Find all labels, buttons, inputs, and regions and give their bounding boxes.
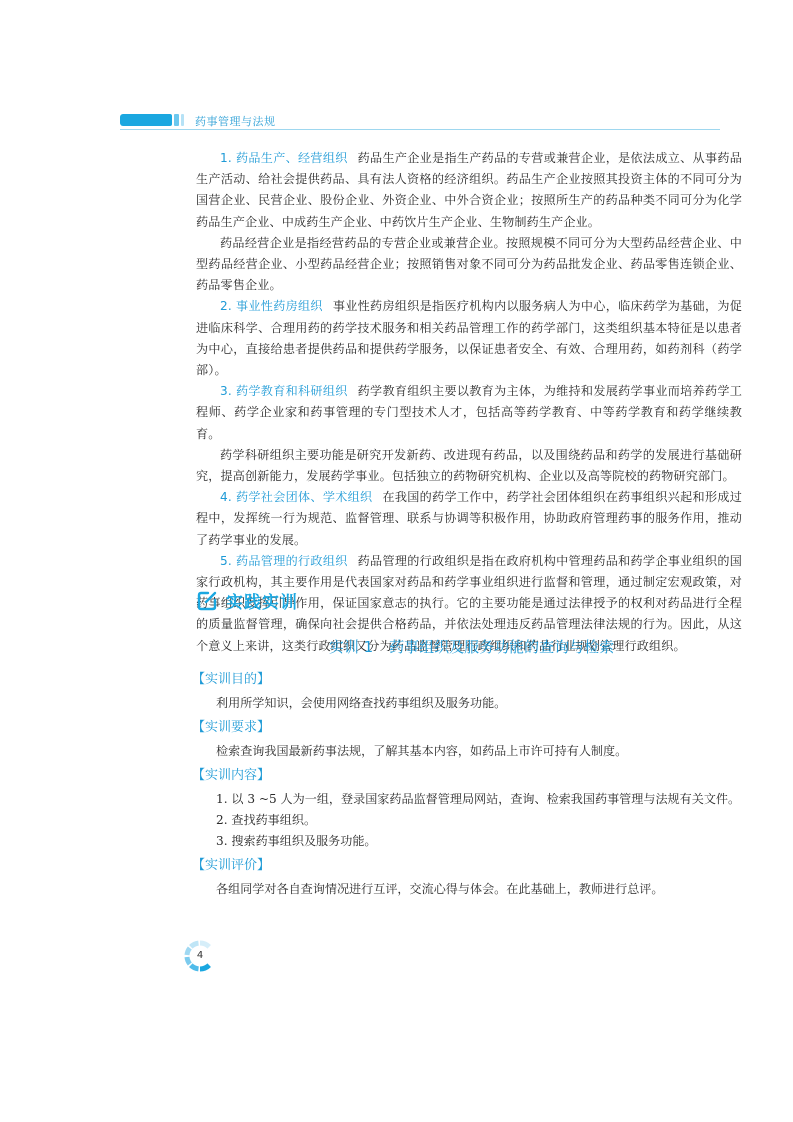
section-purpose: 【实训目的】 利用所学知识，会使用网络查找药事组织及服务功能。 [192, 670, 752, 714]
section-heading: 【实训评价】 [192, 856, 752, 876]
paragraph-operation-org: 药品经营企业是指经营药品的专营企业或兼营企业。按照规模不同可分为大型药品经营企业… [196, 233, 742, 297]
paragraph-lead: 1. 药品生产、经营组织 [220, 151, 348, 165]
header-accent-bar [120, 114, 172, 126]
list-item: 1. 以 3 ~5 人为一组，登录国家药品监督管理局网站，查询、检索我国药事管理… [216, 789, 752, 810]
lab-name: 药事组织及服务功能的查询与检索 [389, 638, 614, 656]
content-list: 1. 以 3 ~5 人为一组，登录国家药品监督管理局网站，查询、检索我国药事管理… [192, 789, 752, 853]
section-requirement: 【实训要求】 检索查询我国最新药事法规，了解其基本内容，如药品上市许可持有人制度… [192, 718, 752, 762]
section-text: 利用所学知识，会使用网络查找药事组织及服务功能。 [216, 693, 752, 714]
section-evaluation: 【实训评价】 各组同学对各自查询情况进行互评，交流心得与体会。在此基础上，教师进… [192, 856, 752, 900]
header-accent-tick [181, 114, 184, 126]
practice-heading: 实践实训 [196, 588, 298, 613]
body-text: 1. 药品生产、经营组织药品生产企业是指生产药品的专营或兼营企业，是依法成立、从… [196, 148, 742, 657]
section-heading: 【实训目的】 [192, 670, 752, 690]
list-item: 3. 搜索药事组织及服务功能。 [216, 831, 752, 852]
paragraph-production-org: 1. 药品生产、经营组织药品生产企业是指生产药品的专营或兼营企业，是依法成立、从… [196, 148, 742, 233]
header-rule [120, 129, 720, 130]
paragraph-lead: 5. 药品管理的行政组织 [220, 554, 348, 568]
list-item: 2. 查找药事组织。 [216, 810, 752, 831]
lab-title: 实训 1药事组织及服务功能的查询与检索 [0, 636, 793, 657]
paragraph-lead: 2. 事业性药房组织 [220, 299, 323, 313]
page-number-badge: 4 [184, 940, 216, 972]
section-text: 各组同学对各自查询情况进行互评，交流心得与体会。在此基础上，教师进行总评。 [216, 879, 752, 900]
lab-number: 实训 1 [329, 638, 373, 656]
paragraph-social-org: 4. 药学社会团体、学术组织在我国的药学工作中，药学社会团体组织在药事组织兴起和… [196, 487, 742, 551]
section-heading: 【实训要求】 [192, 718, 752, 738]
edit-square-icon [196, 590, 218, 612]
paragraph-lead: 3. 药学教育和科研组织 [220, 384, 348, 398]
header-accent-tick [174, 114, 179, 126]
section-content: 【实训内容】 1. 以 3 ~5 人为一组，登录国家药品监督管理局网站，查询、检… [192, 766, 752, 853]
section-text: 检索查询我国最新药事法规，了解其基本内容，如药品上市许可持有人制度。 [216, 741, 752, 762]
paragraph-lead: 4. 药学社会团体、学术组织 [220, 490, 372, 504]
running-header: 药事管理与法规 [120, 112, 720, 130]
paragraph-education-org: 3. 药学教育和科研组织药学教育组织主要以教育为主体，为维持和发展药学事业而培养… [196, 381, 742, 445]
paragraph-research-org: 药学科研组织主要功能是研究开发新药、改进现有药品，以及围绕药品和药学的发展进行基… [196, 445, 742, 487]
paragraph-pharmacy-org: 2. 事业性药房组织事业性药房组织是指医疗机构内以服务病人为中心，临床药学为基础… [196, 296, 742, 381]
page-number: 4 [184, 940, 216, 972]
section-heading: 【实训内容】 [192, 766, 752, 786]
practice-title: 实践实训 [226, 588, 298, 613]
book-title: 药事管理与法规 [195, 113, 276, 129]
